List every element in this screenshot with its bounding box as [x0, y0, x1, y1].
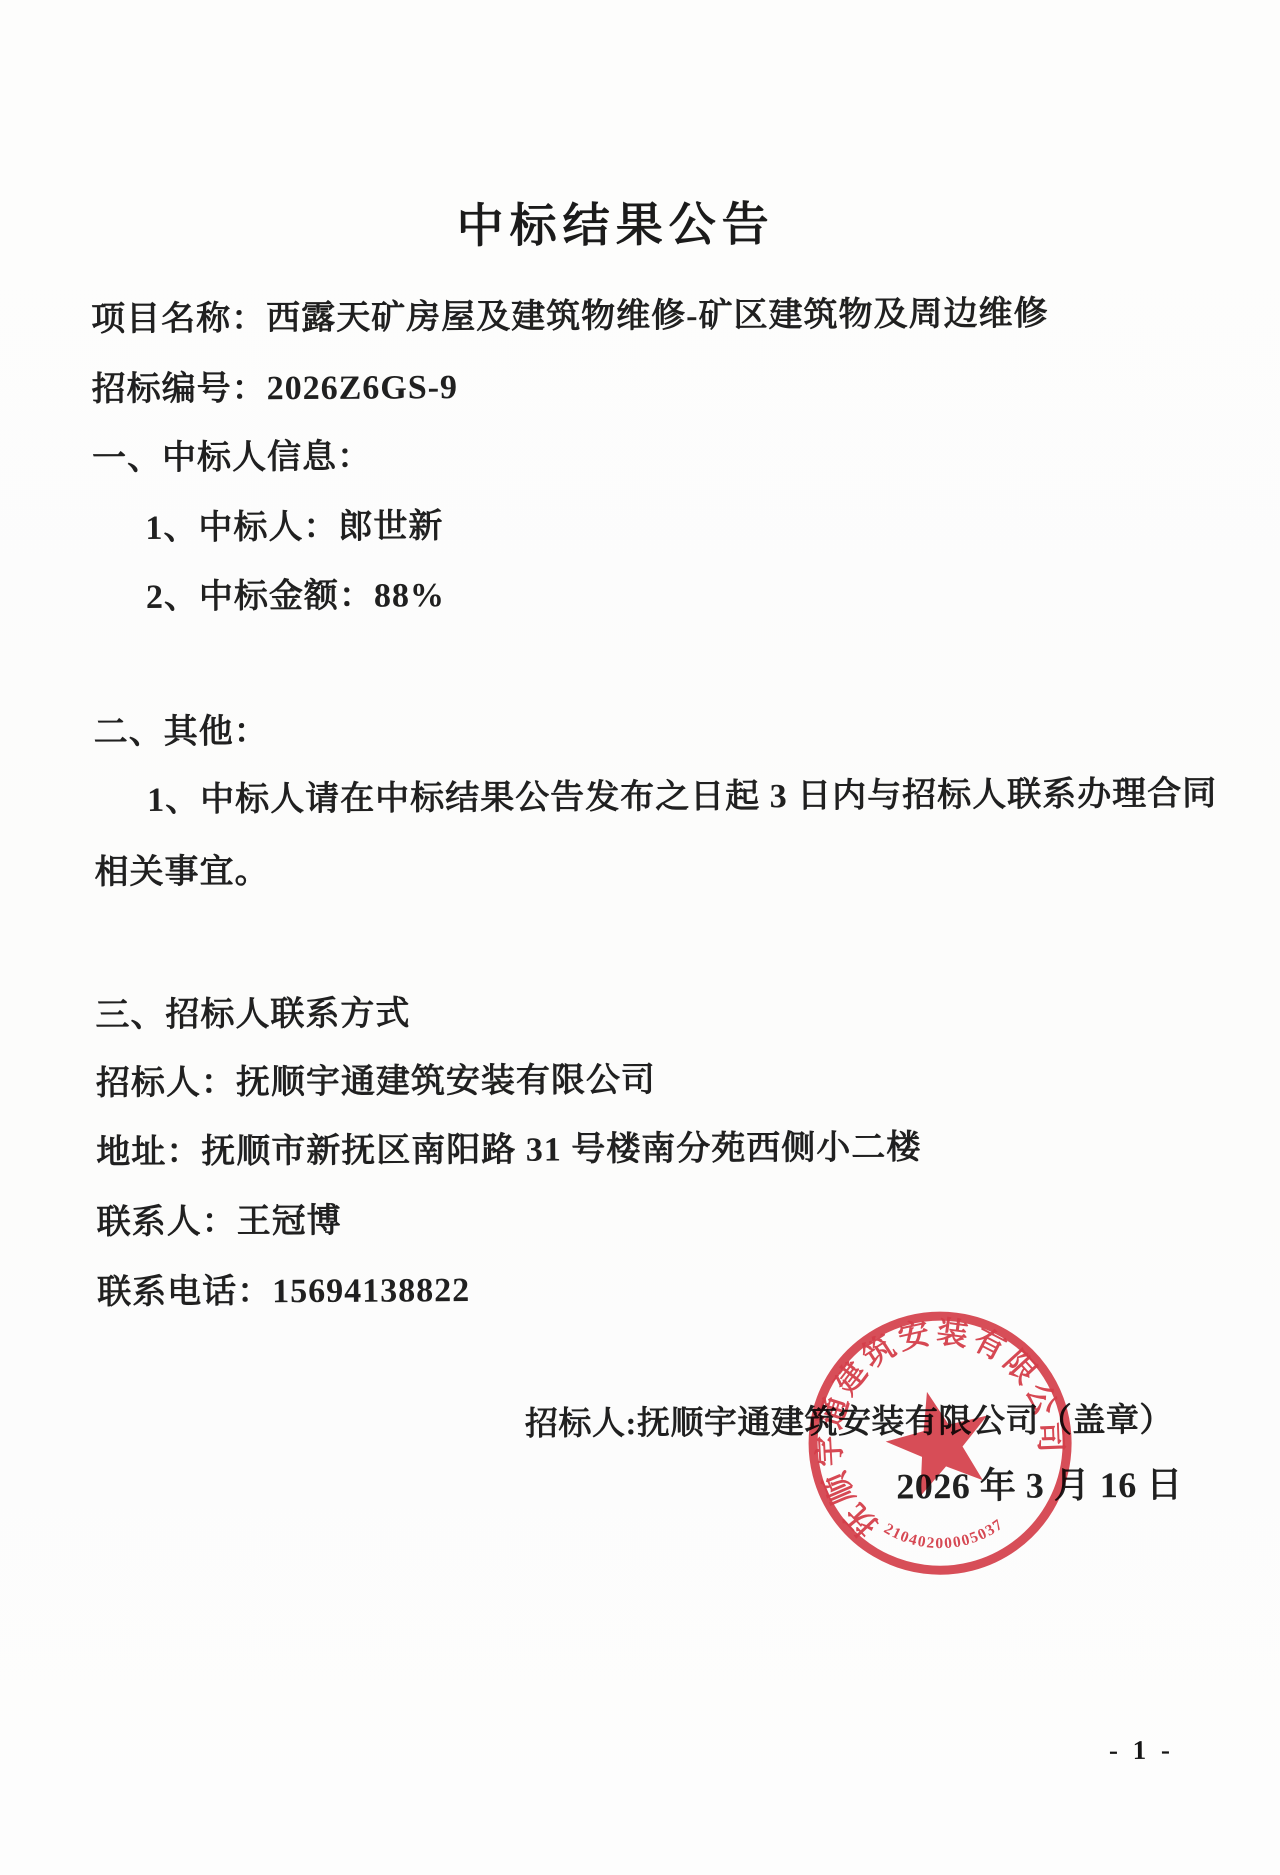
doc-title: 中标结果公告 — [85, 185, 1145, 258]
tenderer-line: 招标人：抚顺宇通建筑安装有限公司 — [96, 1052, 656, 1104]
other-para-line2: 相关事宜。 — [94, 843, 269, 893]
phone-line: 联系电话：15694138822 — [97, 1262, 470, 1313]
address-line: 地址：抚顺市新抚区南阳路 31 号楼南分苑西侧小二楼 — [96, 1119, 921, 1173]
page-number: - 1 - — [1109, 1735, 1174, 1766]
scanned-document-page: 中标结果公告 项目名称：西露天矿房屋及建筑物维修-矿区建筑物及周边维修 招标编号… — [0, 0, 1280, 1875]
section1-heading: 一、中标人信息： — [92, 429, 372, 480]
contact-line: 联系人：王冠博 — [97, 1193, 342, 1243]
section3-heading: 三、招标人联系方式 — [95, 985, 410, 1036]
signature-date: 2026 年 3 月 16 日 — [896, 1457, 1183, 1510]
seal-ring — [789, 1292, 1091, 1594]
section2-heading: 二、其他： — [94, 703, 269, 753]
other-para-line1: 1、中标人请在中标结果公告发布之日起 3 日内与招标人联系办理合同 — [147, 765, 1217, 821]
tender-number-line: 招标编号：2026Z6GS-9 — [91, 359, 458, 410]
amount-line: 2、中标金额：88% — [146, 567, 445, 618]
document-content: 中标结果公告 项目名称：西露天矿房屋及建筑物维修-矿区建筑物及周边维修 招标编号… — [0, 0, 1280, 1875]
company-seal: 抚顺宇通建筑安装有限公司 21040200005037 — [789, 1292, 1091, 1594]
winner-line: 1、中标人：郎世新 — [145, 498, 443, 549]
signature-line: 招标人:抚顺宇通建筑安装有限公司（盖章） — [525, 1394, 1173, 1445]
project-name-line: 项目名称：西露天矿房屋及建筑物维修-矿区建筑物及周边维修 — [91, 285, 1049, 340]
